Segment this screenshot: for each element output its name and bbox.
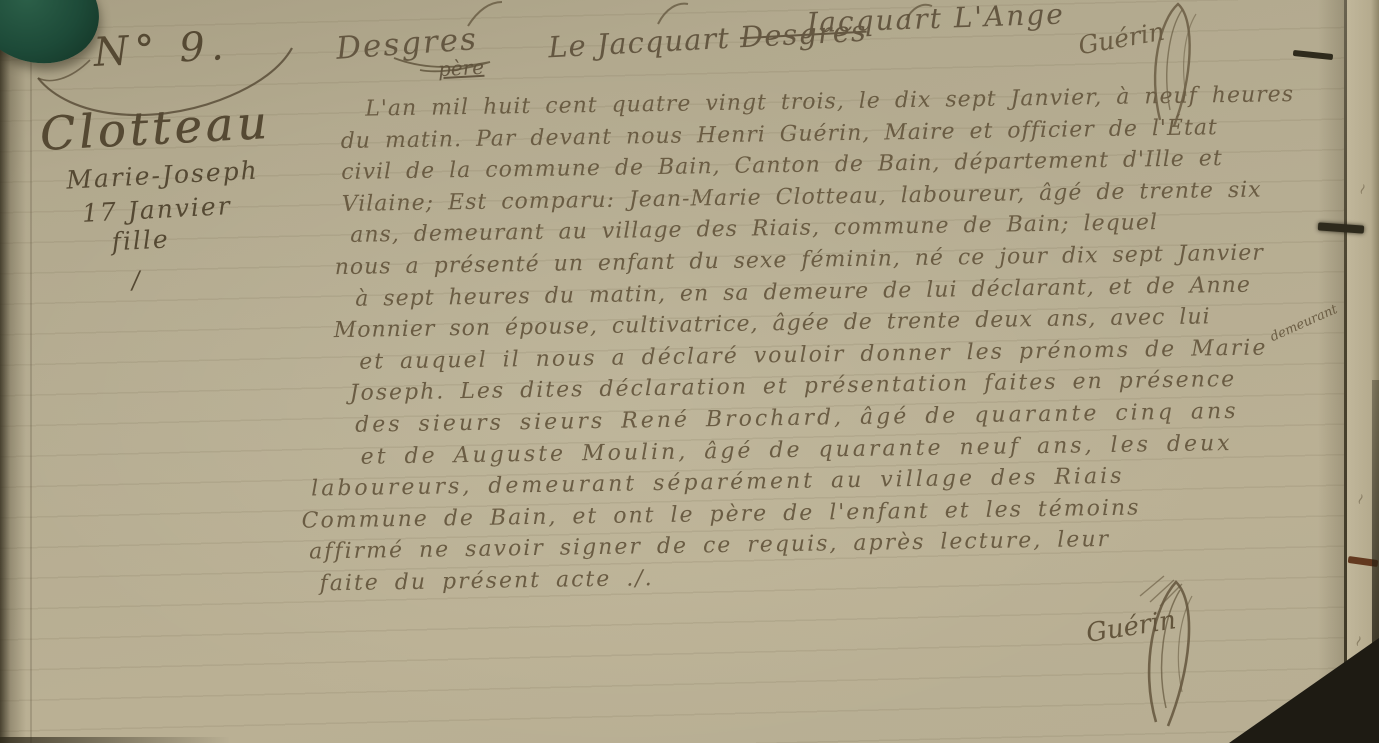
signature-guerin-top: Guérin — [1076, 17, 1167, 61]
margin-sex: fille — [111, 224, 170, 256]
annotation-jacquart-text: Le Jacquart — [547, 21, 730, 64]
guerin-paraph-bottom — [1120, 572, 1260, 732]
signature-desgres-note: père — [437, 55, 484, 81]
annotation-jacquart-lange: Jacquart L'Ange — [806, 0, 1066, 40]
margin-date: 17 Janvier — [81, 191, 232, 228]
page-left-edge — [0, 0, 26, 743]
margin-given-names: Marie-Joseph — [66, 156, 260, 195]
background-corner — [1229, 638, 1379, 743]
page-bottom-edge — [0, 737, 230, 743]
register-page: ~ ~ ~ N° 9. Clotteau Marie-Joseph 17 Jan… — [0, 0, 1379, 743]
margin-surname: Clotteau — [38, 95, 271, 161]
left-margin-crease — [30, 0, 32, 743]
margin-tick-mark: / — [131, 266, 141, 294]
signature-guerin-bottom: Guérin — [1084, 605, 1178, 649]
act-body: L'an mil huit cent quatre vingt trois, l… — [340, 78, 1358, 599]
